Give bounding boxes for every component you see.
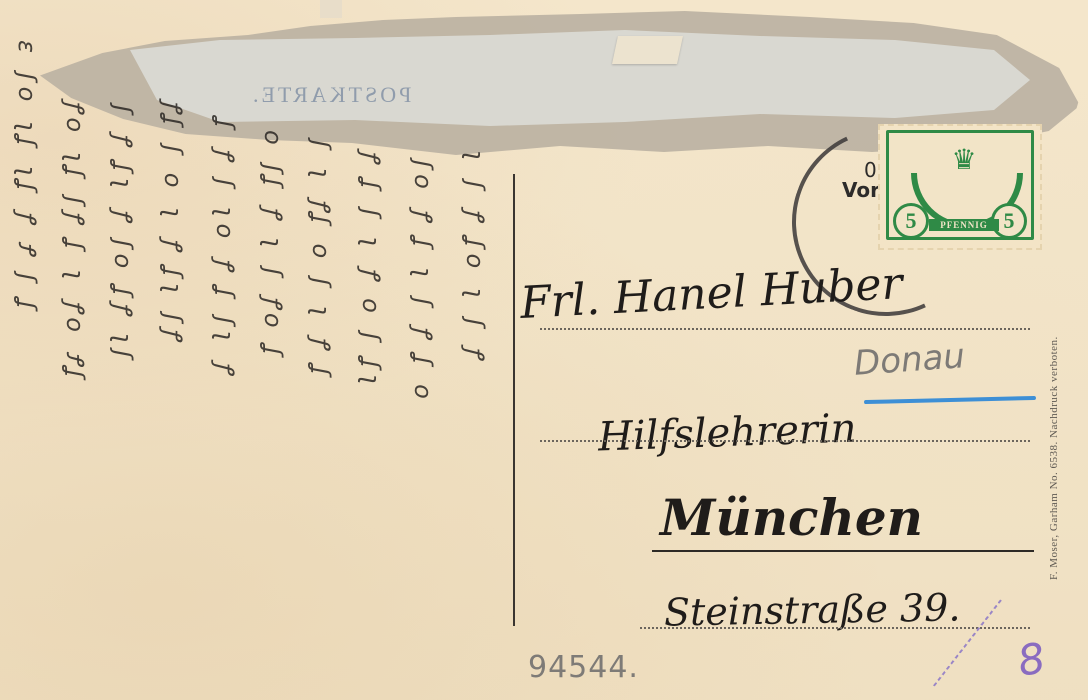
message-column: ʅ ʃ ꝭ ʆo ʅ ʃ ꝭ xyxy=(459,150,492,364)
torn-paper-inner xyxy=(130,30,1030,130)
message-column: ε ʃo ʅʆ ʅʆ ꝭ Ꝭ ʃ ʆ xyxy=(11,40,44,315)
message-column: ꝭ ʆ ʃ ʅ ꝭ o ʃ ʆʅ xyxy=(355,150,388,391)
printer-imprint: F. Moser, Garham No. 6538. Nachdruck ver… xyxy=(1048,336,1060,580)
address-recipient: Frl. Hanel Huber xyxy=(519,258,904,329)
address-dotted-line xyxy=(540,440,1030,442)
message-column: o ʃʆ ꝭ ʅ ʃ ꝭo ʆ xyxy=(257,130,290,361)
catalog-number: 94544. xyxy=(528,650,639,685)
address-title: Hilfslehrerin xyxy=(597,406,857,461)
message-column: ꝭo ʅʆ ʃꝭ ʆ ʅ ꝭo Ꝭʆ xyxy=(59,100,92,384)
card-divider-line xyxy=(513,174,515,626)
paper-fragment xyxy=(320,0,342,18)
address-city-underline xyxy=(652,550,1034,552)
blue-pencil-underline xyxy=(864,396,1036,404)
stamp-denomination-left: 5 xyxy=(893,203,929,239)
postmark-time: Vor xyxy=(842,178,880,202)
message-column: ʃ ʅ ꝭʆ o ʃ ʅ ꝭ ʆ xyxy=(305,140,338,381)
purple-pencil-mark: 8 xyxy=(1014,633,1049,686)
pencil-annotation: Donau xyxy=(853,336,966,384)
address-city: München xyxy=(660,488,923,547)
paper-flap xyxy=(612,36,683,64)
address-dotted-line xyxy=(640,627,1030,629)
postcard-back: POSTKARTE. ε ʃo ʅʆ ʅʆ ꝭ Ꝭ ʃ ʆ ꝭo ʅʆ ʃꝭ ʆ… xyxy=(0,0,1088,700)
message-column: ʃ ꝭ ʆʅ ꝭ ʃo ʆꝭ ʅʃ xyxy=(107,105,140,364)
message-column: ʆ ꝭ ʃ ʅo ꝭ ʆ ʃʅ ꝭ xyxy=(209,120,242,379)
message-column: ʃo ꝭ ʆ ʅ ʃ ꝭ ʆ o xyxy=(407,160,440,405)
postage-stamp: ♛ 5 5 PFENNIG xyxy=(878,124,1042,250)
address-dotted-line xyxy=(540,328,1030,330)
stamp-label: PFENNIG xyxy=(929,219,999,231)
postkarte-header-mirrored: POSTKARTE. xyxy=(250,82,411,108)
stamp-frame: ♛ 5 5 PFENNIG xyxy=(886,130,1034,240)
message-column: ꝭʆ ʃ o ʅ ꝭ ʆʅ ʃꝭ xyxy=(157,100,190,345)
